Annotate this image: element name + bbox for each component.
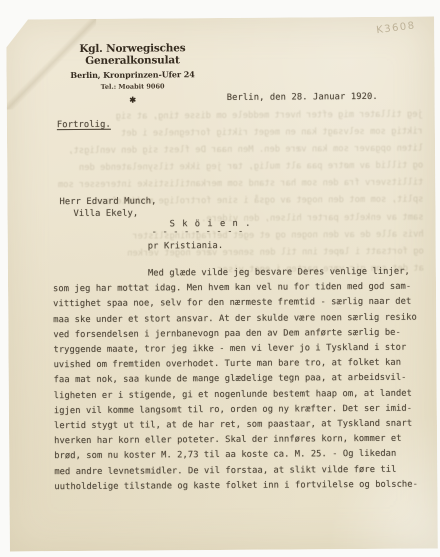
archive-code-annotation: K3608 bbox=[376, 20, 417, 36]
letterhead-consulate-name: Kgl. Norwegisches Generalkonsulat bbox=[46, 42, 218, 67]
star-ornament-icon: ✱ bbox=[47, 94, 219, 105]
ink-bleedthrough: jeg tillater mig efter hvert meddele om … bbox=[49, 107, 424, 281]
letterhead-address: Berlin, Kronprinzen-Ufer 24 bbox=[47, 69, 219, 80]
recipient-villa: Villa Ekely, bbox=[73, 209, 138, 219]
letter-body: Med glæde vilde jeg besvare Deres venlig… bbox=[53, 265, 421, 496]
dateline: Berlin, den 28. Januar 1920. bbox=[227, 92, 378, 103]
letter-page: jeg tillater mig efter hvert meddele om … bbox=[6, 17, 438, 552]
recipient-place-underline: - - - - - - - - - bbox=[152, 227, 244, 238]
confidential-label: Fortrolig. bbox=[57, 120, 111, 130]
letterhead-telephone: Tel.: Moabit 9060 bbox=[47, 82, 219, 91]
letterhead: Kgl. Norwegisches Generalkonsulat Berlin… bbox=[46, 42, 218, 105]
recipient-name: Herr Edvard Munch, bbox=[59, 196, 156, 207]
recipient-city: pr Kristiania. bbox=[148, 241, 224, 252]
body-line: uutholdelige tilstande og kaste folket i… bbox=[54, 477, 420, 495]
